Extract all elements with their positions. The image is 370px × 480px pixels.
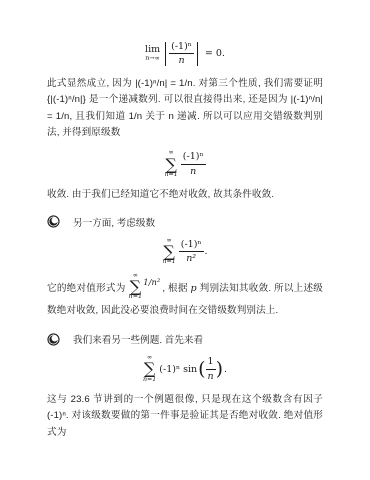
sum-lower-limit: n=1 <box>143 377 156 383</box>
note-text: 我们来看另一些例题. 首先来看 <box>73 332 203 346</box>
sin-term: (-1)ⁿ sin <box>159 364 197 375</box>
limit-formula: lim n→∞ (-1)ⁿ n = 0. <box>47 41 323 67</box>
note-text: 另一方面, 考虑级数 <box>73 215 155 229</box>
fraction: (-1)ⁿ n² <box>179 239 204 265</box>
swirl-badge-icon <box>47 333 60 346</box>
paragraph-decreasing-argument: 此式显然成立, 因为 |(-1)ⁿ/n| = 1/n. 对第三个性质, 我们需要… <box>47 76 323 142</box>
p3-text-mid: , 根据 <box>162 283 190 294</box>
paragraph-converges: 收敛. 由于我们已经知道它不绝对收敛, 故其条件收敛. <box>47 187 323 203</box>
inline-sum-body: 1/n² <box>143 277 160 287</box>
fraction-numerator: (-1)ⁿ <box>181 151 206 164</box>
series-sin-formula: ∞ ∑ n=1 (-1)ⁿ sin ( 1 n ) . <box>47 355 323 383</box>
fraction-numerator: (-1)ⁿ <box>179 239 204 252</box>
fraction: (-1)ⁿ n <box>181 151 206 177</box>
fraction-numerator: 1 <box>206 356 216 369</box>
sigma-symbol: ∑ <box>130 279 142 294</box>
note-row-2: 我们来看另一些例题. 首先来看 <box>47 332 323 346</box>
fraction-denominator: n <box>178 54 184 66</box>
lim-operator: lim n→∞ <box>145 45 160 62</box>
fraction: (-1)ⁿ n <box>169 41 194 67</box>
abs-bar-right <box>197 42 198 66</box>
p3-text-pre: 它的绝对值形式为 <box>47 283 126 294</box>
fraction: 1 n <box>206 356 216 382</box>
fraction-denominator: n² <box>186 252 196 264</box>
open-paren: ( <box>198 360 205 379</box>
book-page: lim n→∞ (-1)ⁿ n = 0. 此式显然成立, 因为 |(-1)ⁿ/n… <box>0 0 370 480</box>
swirl-badge-icon <box>47 215 60 228</box>
fraction-numerator: (-1)ⁿ <box>169 41 194 54</box>
paragraph-section-reference: 这与 23.6 节讲到的一个例题很像, 只是现在这个级数含有因子 (-1)ⁿ. … <box>47 392 323 441</box>
lim-label: lim <box>145 45 160 55</box>
sum-lower-limit: n=1 <box>162 259 175 265</box>
close-paren: ) <box>216 360 223 379</box>
inline-sum-operator: ∞∑n=1 <box>129 273 143 301</box>
formula-punctuation: . <box>224 364 227 375</box>
note-row-1: 另一方面, 考虑级数 <box>47 215 323 229</box>
sigma-symbol: ∑ <box>144 361 155 376</box>
lim-subscript: n→∞ <box>145 56 160 62</box>
sigma-symbol: ∑ <box>163 244 174 259</box>
abs-bar-left <box>165 42 166 66</box>
fraction-denominator: n <box>208 370 214 382</box>
equals-zero: = 0. <box>205 48 225 59</box>
series-original-formula: ∞ ∑ n=1 (-1)ⁿ n <box>47 150 323 178</box>
formula-punctuation: . <box>205 246 208 257</box>
sum-operator: ∞ ∑ n=1 <box>164 150 177 178</box>
fraction-denominator: n <box>190 165 196 177</box>
paragraph-absolute-value-form: 它的绝对值形式为∞∑n=11/n², 根据 p 判别法知其收敛. 所以上述级数绝… <box>47 274 323 319</box>
series-squared-formula: ∞ ∑ n=1 (-1)ⁿ n² . <box>47 238 323 266</box>
sigma-symbol: ∑ <box>165 157 176 172</box>
sum-operator: ∞ ∑ n=1 <box>143 355 156 383</box>
sum-lower-limit: n=1 <box>129 294 143 300</box>
sum-operator: ∞ ∑ n=1 <box>162 238 175 266</box>
sum-lower-limit: n=1 <box>164 172 177 178</box>
